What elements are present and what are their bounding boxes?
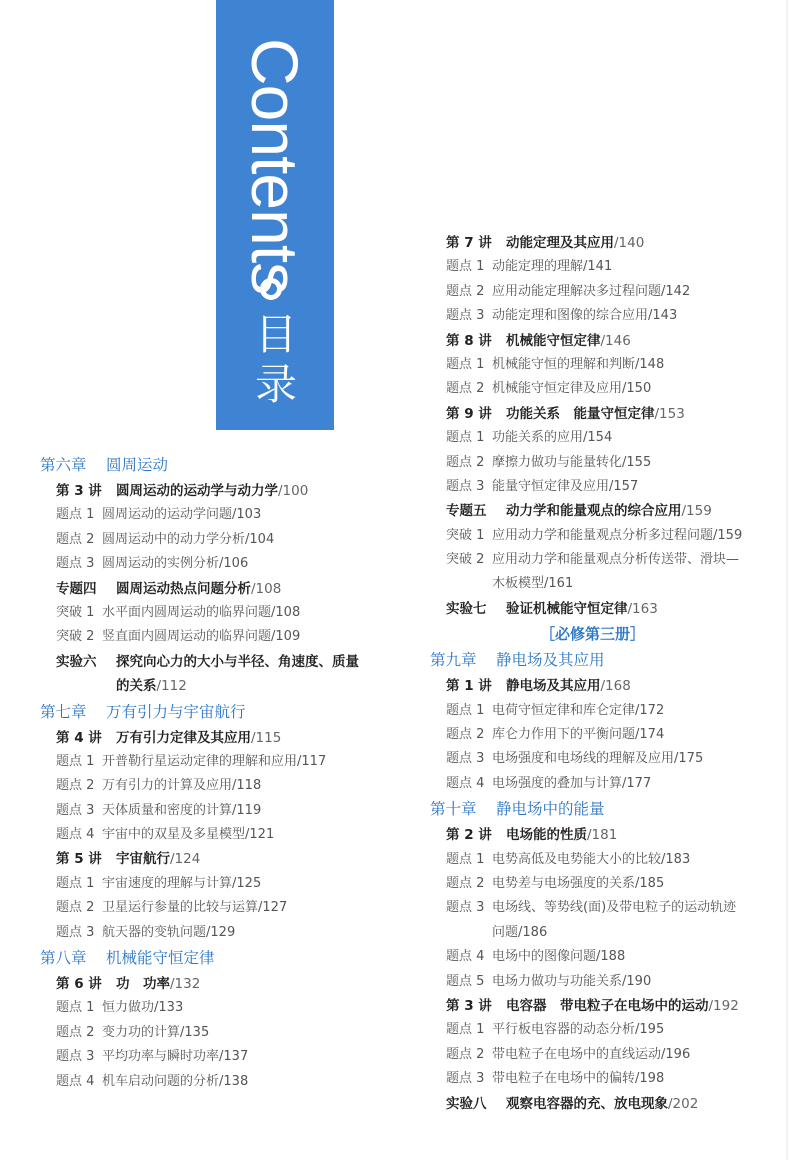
toc-page-number: /153 — [655, 406, 685, 422]
toc-page-number: /175 — [674, 751, 703, 766]
toc-topic-title: 应用动能定理解决多过程问题 — [492, 284, 661, 299]
toc-page-number: /115 — [251, 730, 281, 746]
toc-page-number: /118 — [232, 778, 261, 793]
toc-page-number: /185 — [635, 876, 664, 891]
toc-topic-label: 题点 3 — [446, 1067, 492, 1091]
toc-topic-row[interactable]: 题点 2带电粒子在电场中的直线运动/196 — [430, 1043, 790, 1067]
toc-topic-title: 水平面内圆周运动的临界问题 — [102, 605, 271, 620]
toc-lecture-row[interactable]: 第 8 讲机械能守恒定律/146 — [430, 329, 790, 353]
toc-lecture-label: 第 3 讲 — [446, 994, 506, 1018]
toc-topic-continuation[interactable]: 问题/186 — [430, 921, 790, 945]
toc-page-number: /148 — [635, 357, 664, 372]
toc-topic-row[interactable]: 题点 3电场强度和电场线的理解及应用/175 — [430, 747, 790, 771]
toc-page-number: /159 — [713, 528, 742, 543]
toc-page-number: /183 — [661, 852, 690, 867]
toc-topic-label: 题点 1 — [446, 255, 492, 279]
toc-topic-title: 航天器的变轨问题 — [102, 925, 206, 940]
toc-topic-title: 带电粒子在电场中的偏转 — [492, 1071, 635, 1086]
toc-page-number: /108 — [251, 581, 281, 597]
toc-lecture-label: 专题五 — [446, 499, 506, 523]
toc-lecture-row[interactable]: 第 3 讲电容器 带电粒子在电场中的运动/192 — [430, 994, 790, 1018]
toc-topic-label: 题点 3 — [446, 747, 492, 771]
toc-topic-label: 题点 1 — [446, 426, 492, 450]
toc-lecture-title: 动能定理及其应用 — [506, 235, 614, 251]
toc-chapter-row[interactable]: 第十章静电场中的能量 — [430, 796, 790, 823]
toc-page-number: /150 — [622, 381, 651, 396]
contents-title-cn-char: 录 — [252, 360, 300, 410]
toc-lecture-title: 宇宙航行 — [116, 851, 170, 867]
toc-topic-label: 题点 2 — [56, 774, 102, 798]
toc-topic-label: 题点 3 — [56, 552, 102, 576]
toc-topic-title: 电势高低及电势能大小的比较 — [492, 852, 661, 867]
toc-lecture-title-cont: 的关系 — [116, 678, 157, 694]
toc-page-number: /188 — [596, 949, 625, 964]
toc-topic-title: 变力功的计算 — [102, 1025, 180, 1040]
toc-topic-row[interactable]: 题点 2摩擦力做功与能量转化/155 — [430, 451, 790, 475]
toc-lecture-row[interactable]: 第 3 讲圆周运动的运动学与动力学/100 — [40, 479, 410, 503]
contents-title-cn-char: 目 — [252, 310, 300, 360]
toc-topic-label: 题点 5 — [446, 970, 492, 994]
toc-topic-label: 题点 2 — [446, 723, 492, 747]
toc-page-number: /137 — [219, 1049, 248, 1064]
toc-lecture-label: 专题四 — [56, 577, 116, 601]
toc-page-number: /127 — [258, 900, 287, 915]
toc-page-number: /100 — [278, 483, 308, 499]
toc-lecture-title: 圆周运动的运动学与动力学 — [116, 483, 278, 499]
toc-lecture-label: 第 2 讲 — [446, 823, 506, 847]
toc-chapter-label: 第九章 — [430, 647, 496, 674]
toc-topic-title-cont: 木板模型 — [492, 576, 544, 591]
toc-topic-row[interactable]: 题点 4电场中的图像问题/188 — [430, 945, 790, 969]
toc-page-number: /106 — [219, 556, 248, 571]
toc-topic-title: 圆周运动中的动力学分析 — [102, 532, 245, 547]
toc-page-number: /141 — [583, 259, 612, 274]
toc-topic-title: 摩擦力做功与能量转化 — [492, 455, 622, 470]
toc-topic-row[interactable]: 题点 1电荷守恒定律和库仑定律/172 — [430, 699, 790, 723]
toc-page-number: /161 — [544, 576, 573, 591]
toc-lecture-row[interactable]: 实验六探究向心力的大小与半径、角速度、质量 — [40, 650, 410, 674]
toc-topic-title: 能量守恒定律及应用 — [492, 479, 609, 494]
toc-page-number: /138 — [219, 1074, 248, 1089]
toc-lecture-row[interactable]: 第 7 讲动能定理及其应用/140 — [430, 231, 790, 255]
toc-page-number: /133 — [154, 1000, 183, 1015]
toc-chapter-label: 第七章 — [40, 699, 106, 726]
toc-topic-row[interactable]: 题点 1宇宙速度的理解与计算/125 — [40, 872, 410, 896]
toc-page-number: /140 — [614, 235, 644, 251]
toc-page-number: /135 — [180, 1025, 209, 1040]
toc-topic-title: 万有引力的计算及应用 — [102, 778, 232, 793]
toc-topic-title: 机械能守恒的理解和判断 — [492, 357, 635, 372]
toc-topic-row[interactable]: 题点 1电势高低及电势能大小的比较/183 — [430, 848, 790, 872]
toc-right-column: 第 7 讲动能定理及其应用/140题点 1动能定理的理解/141题点 2应用动能… — [430, 231, 790, 1116]
toc-page-number: /154 — [583, 430, 612, 445]
toc-chapter-title: 万有引力与宇宙航行 — [106, 703, 246, 721]
toc-page-number: /146 — [601, 333, 631, 349]
toc-chapter-title: 机械能守恒定律 — [106, 949, 215, 967]
toc-topic-label: 题点 1 — [446, 848, 492, 872]
toc-chapter-row[interactable]: 第六章圆周运动 — [40, 452, 410, 479]
toc-lecture-row[interactable]: 第 9 讲功能关系 能量守恒定律/153 — [430, 402, 790, 426]
toc-topic-title: 宇宙速度的理解与计算 — [102, 876, 232, 891]
toc-topic-label: 题点 4 — [446, 772, 492, 796]
toc-topic-label: 题点 4 — [56, 1070, 102, 1094]
toc-topic-label: 题点 3 — [446, 304, 492, 328]
toc-topic-row[interactable]: 题点 2应用动能定理解决多过程问题/142 — [430, 280, 790, 304]
toc-chapter-row[interactable]: 第九章静电场及其应用 — [430, 647, 790, 674]
toc-page-number: /186 — [518, 925, 547, 940]
toc-topic-title: 机械能守恒定律及应用 — [492, 381, 622, 396]
toc-chapter-label: 第六章 — [40, 452, 106, 479]
toc-topic-row[interactable]: 题点 3天体质量和密度的计算/119 — [40, 799, 410, 823]
toc-page-number: /117 — [297, 754, 326, 769]
toc-lecture-title: 探究向心力的大小与半径、角速度、质量 — [116, 654, 359, 670]
toc-topic-label: 题点 2 — [446, 872, 492, 896]
toc-topic-title: 电场中的图像问题 — [492, 949, 596, 964]
toc-chapter-row[interactable]: 第七章万有引力与宇宙航行 — [40, 699, 410, 726]
page-edge — [786, 0, 788, 1160]
toc-lecture-title: 功 功率 — [116, 976, 170, 992]
toc-topic-label: 题点 2 — [446, 1043, 492, 1067]
toc-topic-title: 机车启动问题的分析 — [102, 1074, 219, 1089]
toc-lecture-label: 第 1 讲 — [446, 674, 506, 698]
toc-page-number: /159 — [682, 503, 712, 519]
toc-topic-label: 题点 3 — [446, 896, 492, 920]
toc-lecture-row[interactable]: 实验七验证机械能守恒定律/163 — [430, 597, 790, 621]
toc-lecture-title: 圆周运动热点问题分析 — [116, 581, 251, 597]
toc-lecture-label: 第 4 讲 — [56, 726, 116, 750]
toc-topic-row[interactable]: 题点 3电场线、等势线(面)及带电粒子的运动轨迹 — [430, 896, 790, 920]
toc-lecture-label: 实验七 — [446, 597, 506, 621]
toc-topic-label: 突破 1 — [446, 524, 492, 548]
toc-lecture-label: 第 9 讲 — [446, 402, 506, 426]
toc-lecture-continuation[interactable]: 的关系/112 — [40, 674, 410, 698]
toc-page-number: /172 — [635, 703, 664, 718]
toc-topic-row[interactable]: 突破 2竖直面内圆周运动的临界问题/109 — [40, 625, 410, 649]
toc-topic-label: 突破 1 — [56, 601, 102, 625]
toc-page-number: /108 — [271, 605, 300, 620]
toc-topic-label: 题点 1 — [446, 699, 492, 723]
toc-page-number: /163 — [628, 601, 658, 617]
toc-topic-title: 电场力做功与功能关系 — [492, 974, 622, 989]
toc-lecture-title: 电场能的性质 — [506, 827, 587, 843]
toc-topic-label: 突破 2 — [56, 625, 102, 649]
toc-topic-label: 题点 2 — [56, 528, 102, 552]
toc-topic-row[interactable]: 题点 3能量守恒定律及应用/157 — [430, 475, 790, 499]
toc-topic-title: 库仑力作用下的平衡问题 — [492, 727, 635, 742]
toc-page-number: /143 — [648, 308, 677, 323]
toc-topic-label: 题点 3 — [56, 921, 102, 945]
toc-chapter-title: 静电场中的能量 — [496, 800, 605, 818]
toc-lecture-label: 第 8 讲 — [446, 329, 506, 353]
toc-lecture-row[interactable]: 第 6 讲功 功率/132 — [40, 972, 410, 996]
toc-topic-title: 应用动力学和能量观点分析多过程问题 — [492, 528, 713, 543]
toc-topic-row[interactable]: 题点 3动能定理和图像的综合应用/143 — [430, 304, 790, 328]
toc-chapter-row[interactable]: 第八章机械能守恒定律 — [40, 945, 410, 972]
toc-page-number: /124 — [170, 851, 200, 867]
toc-topic-title: 应用动力学和能量观点分析传送带、滑块— — [492, 552, 739, 567]
toc-lecture-title: 动力学和能量观点的综合应用 — [506, 503, 682, 519]
toc-topic-title-cont: 问题 — [492, 925, 518, 940]
toc-topic-label: 题点 4 — [56, 823, 102, 847]
toc-topic-row[interactable]: 题点 1机械能守恒的理解和判断/148 — [430, 353, 790, 377]
toc-topic-label: 题点 3 — [446, 475, 492, 499]
toc-page-number: /198 — [635, 1071, 664, 1086]
toc-topic-title: 电场强度和电场线的理解及应用 — [492, 751, 674, 766]
toc-topic-label: 题点 2 — [446, 451, 492, 475]
toc-topic-title: 开普勒行星运动定律的理解和应用 — [102, 754, 297, 769]
toc-topic-title: 竖直面内圆周运动的临界问题 — [102, 629, 271, 644]
toc-page-number: /174 — [635, 727, 664, 742]
toc-lecture-row[interactable]: 专题四圆周运动热点问题分析/108 — [40, 577, 410, 601]
toc-page-number: /132 — [170, 976, 200, 992]
toc-topic-row[interactable]: 题点 1开普勒行星运动定律的理解和应用/117 — [40, 750, 410, 774]
toc-topic-title: 平行板电容器的动态分析 — [492, 1022, 635, 1037]
toc-topic-label: 题点 4 — [446, 945, 492, 969]
banner-dot-icon — [260, 278, 282, 300]
toc-lecture-row[interactable]: 第 5 讲宇宙航行/124 — [40, 847, 410, 871]
toc-page-number: /129 — [206, 925, 235, 940]
toc-lecture-label: 第 6 讲 — [56, 972, 116, 996]
toc-topic-title: 卫星运行参量的比较与运算 — [102, 900, 258, 915]
toc-page-number: /168 — [601, 678, 631, 694]
toc-topic-label: 题点 3 — [56, 1045, 102, 1069]
toc-topic-row[interactable]: 突破 2应用动力学和能量观点分析传送带、滑块— — [430, 548, 790, 572]
toc-lecture-title: 观察电容器的充、放电现象 — [506, 1096, 668, 1112]
toc-topic-row[interactable]: 突破 1水平面内圆周运动的临界问题/108 — [40, 601, 410, 625]
toc-lecture-label: 第 3 讲 — [56, 479, 116, 503]
toc-topic-row[interactable]: 题点 4宇宙中的双星及多星模型/121 — [40, 823, 410, 847]
toc-volume-heading: ［必修第三册］ — [430, 621, 790, 647]
toc-topic-row[interactable]: 题点 4机车启动问题的分析/138 — [40, 1070, 410, 1094]
toc-page-number: /155 — [622, 455, 651, 470]
toc-topic-title: 带电粒子在电场中的直线运动 — [492, 1047, 661, 1062]
toc-topic-title: 圆周运动的实例分析 — [102, 556, 219, 571]
toc-topic-row[interactable]: 题点 2万有引力的计算及应用/118 — [40, 774, 410, 798]
toc-topic-label: 题点 2 — [446, 377, 492, 401]
toc-page-number: /119 — [232, 803, 261, 818]
toc-topic-label: 题点 3 — [56, 799, 102, 823]
toc-lecture-row[interactable]: 第 4 讲万有引力定律及其应用/115 — [40, 726, 410, 750]
toc-lecture-label: 实验八 — [446, 1092, 506, 1116]
toc-topic-row[interactable]: 题点 2电势差与电场强度的关系/185 — [430, 872, 790, 896]
toc-topic-title: 动能定理的理解 — [492, 259, 583, 274]
contents-banner: Contents 目 录 — [216, 0, 334, 430]
toc-lecture-label: 第 5 讲 — [56, 847, 116, 871]
toc-topic-label: 题点 2 — [56, 896, 102, 920]
toc-topic-label: 突破 2 — [446, 548, 492, 572]
toc-topic-row[interactable]: 题点 5电场力做功与功能关系/190 — [430, 970, 790, 994]
toc-topic-label: 题点 1 — [56, 503, 102, 527]
toc-topic-row[interactable]: 题点 3航天器的变轨问题/129 — [40, 921, 410, 945]
toc-topic-label: 题点 1 — [56, 996, 102, 1020]
toc-lecture-title: 万有引力定律及其应用 — [116, 730, 251, 746]
toc-topic-row[interactable]: 题点 1恒力做功/133 — [40, 996, 410, 1020]
toc-page-number: /157 — [609, 479, 638, 494]
toc-lecture-title: 静电场及其应用 — [506, 678, 601, 694]
toc-topic-title: 电荷守恒定律和库仑定律 — [492, 703, 635, 718]
toc-page-number: /104 — [245, 532, 274, 547]
toc-topic-row[interactable]: 题点 3圆周运动的实例分析/106 — [40, 552, 410, 576]
toc-topic-row[interactable]: 题点 2圆周运动中的动力学分析/104 — [40, 528, 410, 552]
toc-left-column: 第六章圆周运动第 3 讲圆周运动的运动学与动力学/100题点 1圆周运动的运动学… — [40, 452, 410, 1094]
toc-topic-title: 电场强度的叠加与计算 — [492, 776, 622, 791]
toc-page-number: /190 — [622, 974, 651, 989]
toc-topic-title: 电场线、等势线(面)及带电粒子的运动轨迹 — [492, 900, 736, 915]
toc-topic-row[interactable]: 题点 2库仑力作用下的平衡问题/174 — [430, 723, 790, 747]
toc-lecture-label: 第 7 讲 — [446, 231, 506, 255]
toc-topic-row[interactable]: 题点 2变力功的计算/135 — [40, 1021, 410, 1045]
toc-page-number: /181 — [587, 827, 617, 843]
toc-page-number: /195 — [635, 1022, 664, 1037]
toc-topic-label: 题点 1 — [56, 872, 102, 896]
toc-page-number: /142 — [661, 284, 690, 299]
toc-lecture-title: 电容器 带电粒子在电场中的运动 — [506, 998, 709, 1014]
toc-topic-label: 题点 1 — [446, 353, 492, 377]
toc-topic-row[interactable]: 题点 1圆周运动的运动学问题/103 — [40, 503, 410, 527]
toc-topic-label: 题点 2 — [56, 1021, 102, 1045]
toc-topic-title: 天体质量和密度的计算 — [102, 803, 232, 818]
toc-topic-row[interactable]: 题点 2卫星运行参量的比较与运算/127 — [40, 896, 410, 920]
toc-page-number: /112 — [157, 678, 187, 694]
toc-lecture-row[interactable]: 第 2 讲电场能的性质/181 — [430, 823, 790, 847]
toc-lecture-row[interactable]: 专题五动力学和能量观点的综合应用/159 — [430, 499, 790, 523]
toc-lecture-row[interactable]: 实验八观察电容器的充、放电现象/202 — [430, 1092, 790, 1116]
toc-lecture-label: 实验六 — [56, 650, 116, 674]
toc-chapter-label: 第十章 — [430, 796, 496, 823]
toc-page-number: /177 — [622, 776, 651, 791]
toc-topic-title: 动能定理和图像的综合应用 — [492, 308, 648, 323]
toc-topic-title: 圆周运动的运动学问题 — [102, 507, 232, 522]
toc-topic-title: 宇宙中的双星及多星模型 — [102, 827, 245, 842]
toc-page-number: /125 — [232, 876, 261, 891]
toc-topic-row[interactable]: 题点 1动能定理的理解/141 — [430, 255, 790, 279]
toc-topic-continuation[interactable]: 木板模型/161 — [430, 572, 790, 596]
toc-lecture-title: 机械能守恒定律 — [506, 333, 601, 349]
toc-topic-label: 题点 1 — [446, 1018, 492, 1042]
toc-topic-label: 题点 1 — [56, 750, 102, 774]
toc-topic-row[interactable]: 题点 1功能关系的应用/154 — [430, 426, 790, 450]
contents-title-cn: 目 录 — [252, 310, 300, 410]
toc-page-number: /192 — [709, 998, 739, 1014]
toc-chapter-label: 第八章 — [40, 945, 106, 972]
toc-topic-label: 题点 2 — [446, 280, 492, 304]
toc-topic-title: 功能关系的应用 — [492, 430, 583, 445]
toc-topic-row[interactable]: 题点 4电场强度的叠加与计算/177 — [430, 772, 790, 796]
toc-topic-row[interactable]: 题点 1平行板电容器的动态分析/195 — [430, 1018, 790, 1042]
toc-chapter-title: 圆周运动 — [106, 456, 168, 474]
toc-lecture-row[interactable]: 第 1 讲静电场及其应用/168 — [430, 674, 790, 698]
toc-topic-row[interactable]: 题点 2机械能守恒定律及应用/150 — [430, 377, 790, 401]
toc-lecture-title: 验证机械能守恒定律 — [506, 601, 628, 617]
toc-page-number: /109 — [271, 629, 300, 644]
toc-lecture-title: 功能关系 能量守恒定律 — [506, 406, 655, 422]
toc-topic-row[interactable]: 题点 3带电粒子在电场中的偏转/198 — [430, 1067, 790, 1091]
toc-page-number: /202 — [668, 1096, 698, 1112]
toc-topic-title: 恒力做功 — [102, 1000, 154, 1015]
toc-page-number: /103 — [232, 507, 261, 522]
toc-topic-row[interactable]: 突破 1应用动力学和能量观点分析多过程问题/159 — [430, 524, 790, 548]
toc-topic-row[interactable]: 题点 3平均功率与瞬时功率/137 — [40, 1045, 410, 1069]
toc-topic-title: 平均功率与瞬时功率 — [102, 1049, 219, 1064]
toc-topic-title: 电势差与电场强度的关系 — [492, 876, 635, 891]
contents-title-en: Contents — [239, 38, 311, 294]
toc-chapter-title: 静电场及其应用 — [496, 651, 605, 669]
toc-page-number: /121 — [245, 827, 274, 842]
toc-page-number: /196 — [661, 1047, 690, 1062]
